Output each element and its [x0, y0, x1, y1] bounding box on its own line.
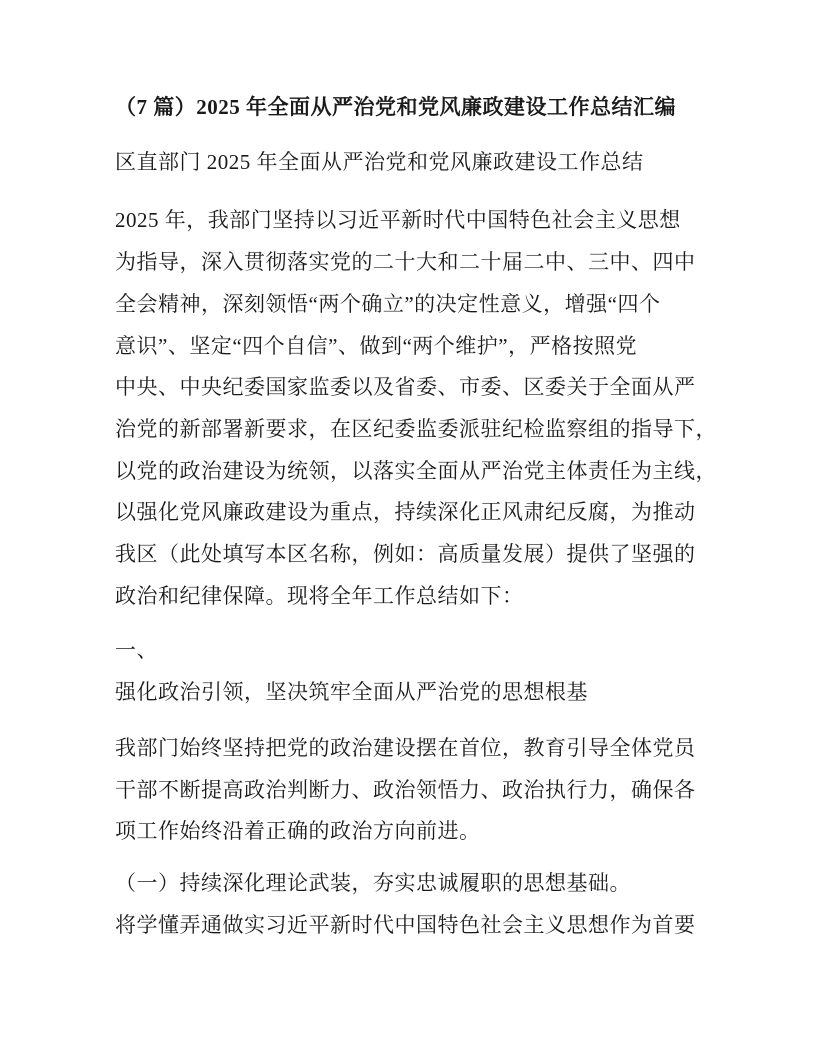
document-page: （7 篇）2025 年全面从严治党和党风廉政建设工作总结汇编 区直部门 2025…	[0, 0, 816, 1056]
section-1-number: 一、	[115, 630, 708, 672]
section-1-title: 强化政治引领，坚决筑牢全面从严治党的思想根基	[115, 672, 708, 714]
subsection-1-1-paragraph-start: 将学懂弄通做实习近平新时代中国特色社会主义思想作为首要	[115, 905, 708, 947]
subsection-1-1-title: （一）持续深化理论武装，夯实忠诚履职的思想基础。	[115, 863, 708, 905]
section-1-paragraph: 我部门始终坚持把党的政治建设摆在首位，教育引导全体党员 干部不断提高政治判断力、…	[115, 728, 708, 853]
intro-paragraph: 2025 年，我部门坚持以习近平新时代中国特色社会主义思想 为指导，深入贯彻落实…	[115, 200, 708, 617]
doc-subtitle: 区直部门 2025 年全面从严治党和党风廉政建设工作总结	[115, 142, 708, 184]
doc-title: （7 篇）2025 年全面从严治党和党风廉政建设工作总结汇编	[115, 87, 708, 129]
